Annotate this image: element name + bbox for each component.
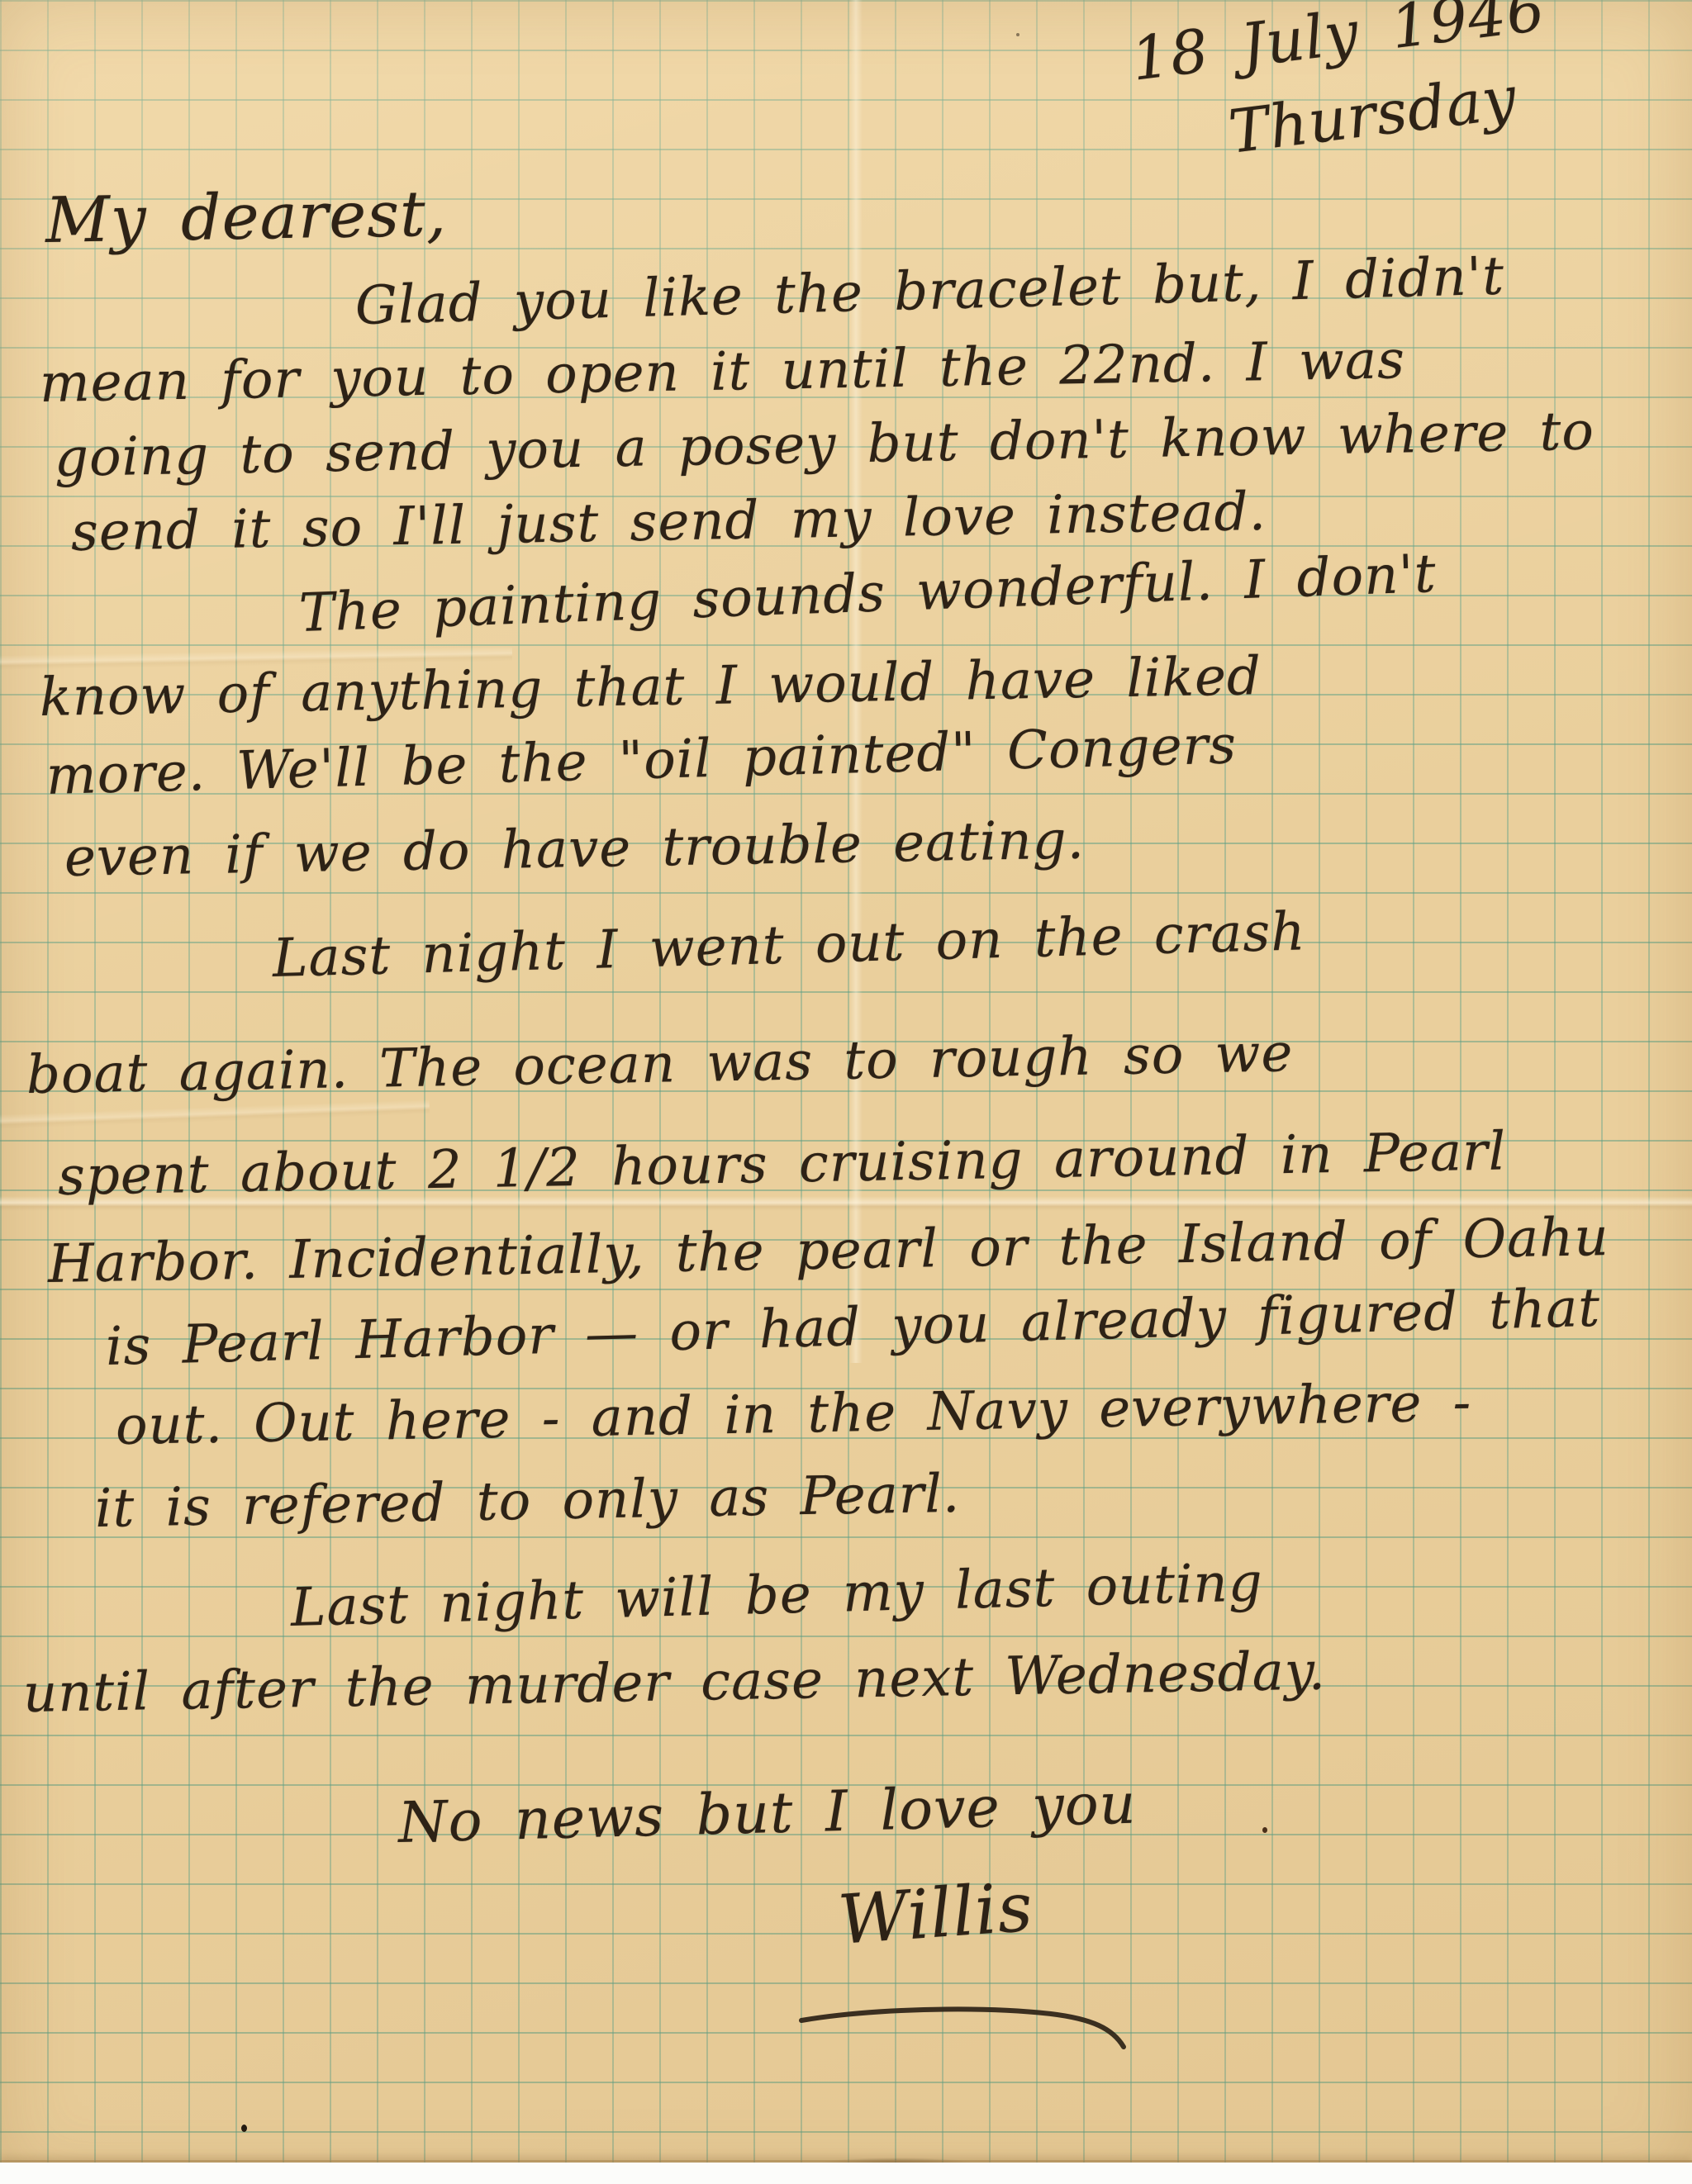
salutation: My dearest,: [45, 177, 447, 257]
dust-speck: [1016, 33, 1019, 36]
dust-speck: [241, 2125, 247, 2132]
signature: Willis: [836, 1868, 1036, 1960]
dust-speck: [1262, 1827, 1267, 1833]
scanner-background: [0, 2163, 1692, 2184]
signature-flourish: [795, 1981, 1142, 2055]
scanned-letter: 18 July 1946 Thursday My dearest, Glad y…: [0, 0, 1692, 2184]
